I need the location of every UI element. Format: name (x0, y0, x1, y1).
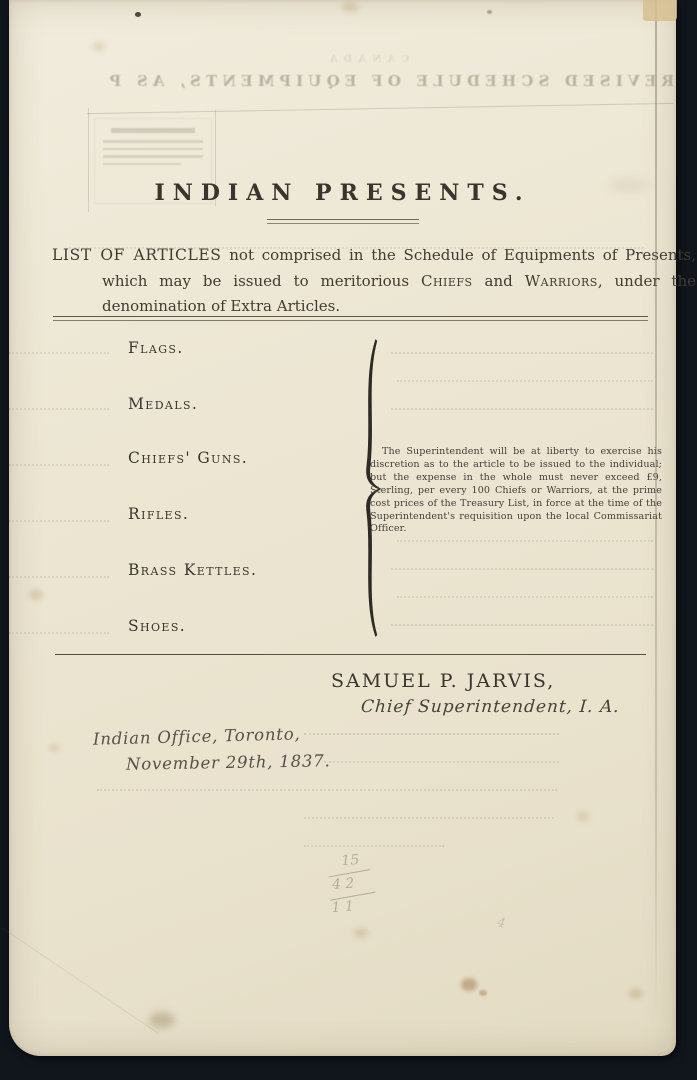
article-item-chiefs-guns: Chiefs' Guns. (128, 449, 248, 467)
bleed-dotted-leader (304, 817, 554, 819)
pencil-mark: 1 1 (331, 897, 395, 916)
bleed-dotted-leader (397, 596, 653, 598)
bleed-dotted-leader (9, 464, 109, 466)
bleed-dotted-leader (397, 540, 653, 542)
bleed-dotted-leader (97, 789, 557, 791)
signature-role: Chief Superintendent, I. A. (360, 697, 620, 717)
bleed-dotted-leader (397, 380, 653, 382)
intro-paragraph: LIST OF ARTICLES not comprised in the Sc… (52, 243, 696, 320)
bleed-dotted-leader (69, 247, 644, 249)
bleed-dotted-leader (9, 352, 109, 354)
article-item-medals: Medals. (128, 395, 198, 413)
bleed-dotted-leader (324, 761, 559, 763)
stain-spot (629, 988, 643, 999)
scanned-document: CANADA REVISED SCHEDULE OF EQUIPMENTS, A… (0, 0, 697, 1080)
article-item-brass-kettles: Brass Kettles. (128, 561, 257, 579)
bleed-dotted-leader (304, 845, 444, 847)
stain-spot (29, 590, 43, 600)
warriors-smallcaps: Warriors (525, 272, 598, 290)
stain-spot (461, 978, 477, 991)
chiefs-smallcaps: Chiefs (421, 272, 473, 290)
corner-crease (1, 927, 159, 1034)
bleed-through-headline: REVISED SCHEDULE OF EQUIPMENTS, AS P (25, 72, 674, 90)
dateline-date: November 29th, 1837. (126, 751, 331, 774)
stain-spot (609, 178, 649, 192)
dateline-place: Indian Office, Toronto, (93, 724, 301, 748)
pencil-marks: 15 4 2 1 1 (327, 851, 395, 916)
bleed-through-headline-secondary: CANADA (259, 54, 474, 65)
section-rule-top (53, 316, 648, 321)
stain-spot (149, 1012, 175, 1028)
bleed-dotted-leader (391, 408, 653, 410)
stain-spot (341, 2, 359, 12)
pencil-mark: 4 2 (332, 874, 394, 893)
stain-spot (479, 990, 487, 996)
signature-name: SAMUEL P. JARVIS, (331, 670, 555, 692)
bleed-through-heading-smudge (111, 128, 195, 133)
bleed-dotted-leader (304, 733, 559, 735)
section-rule-bottom (55, 654, 646, 655)
pencil-mark: 4 (496, 915, 507, 931)
bleed-through-table-line (87, 103, 674, 114)
article-item-shoes: Shoes. (128, 617, 186, 635)
document-page: CANADA REVISED SCHEDULE OF EQUIPMENTS, A… (9, 0, 676, 1056)
stain-spot (354, 928, 368, 938)
superintendent-note: The Superintendent will be at liberty to… (370, 446, 662, 536)
bleed-dotted-leader (391, 624, 653, 626)
page-title: INDIAN PRESENTS. (9, 180, 676, 206)
title-rule (267, 219, 419, 224)
bleed-dotted-leader (9, 632, 109, 634)
stain-spot (135, 12, 141, 17)
bleed-dotted-leader (391, 568, 653, 570)
article-item-flags: Flags. (128, 339, 184, 357)
pencil-mark: 15 (341, 851, 392, 869)
tape-fragment (643, 0, 677, 21)
stain-spot (93, 42, 105, 51)
stain-spot (49, 744, 59, 752)
stain-spot (487, 10, 492, 14)
bleed-dotted-leader (9, 576, 109, 578)
bleed-dotted-leader (9, 520, 109, 522)
bleed-dotted-leader (9, 408, 109, 410)
fold-crease (655, 0, 657, 1012)
bleed-dotted-leader (391, 352, 653, 354)
article-item-rifles: Rifles. (128, 505, 189, 523)
stain-spot (577, 812, 589, 821)
